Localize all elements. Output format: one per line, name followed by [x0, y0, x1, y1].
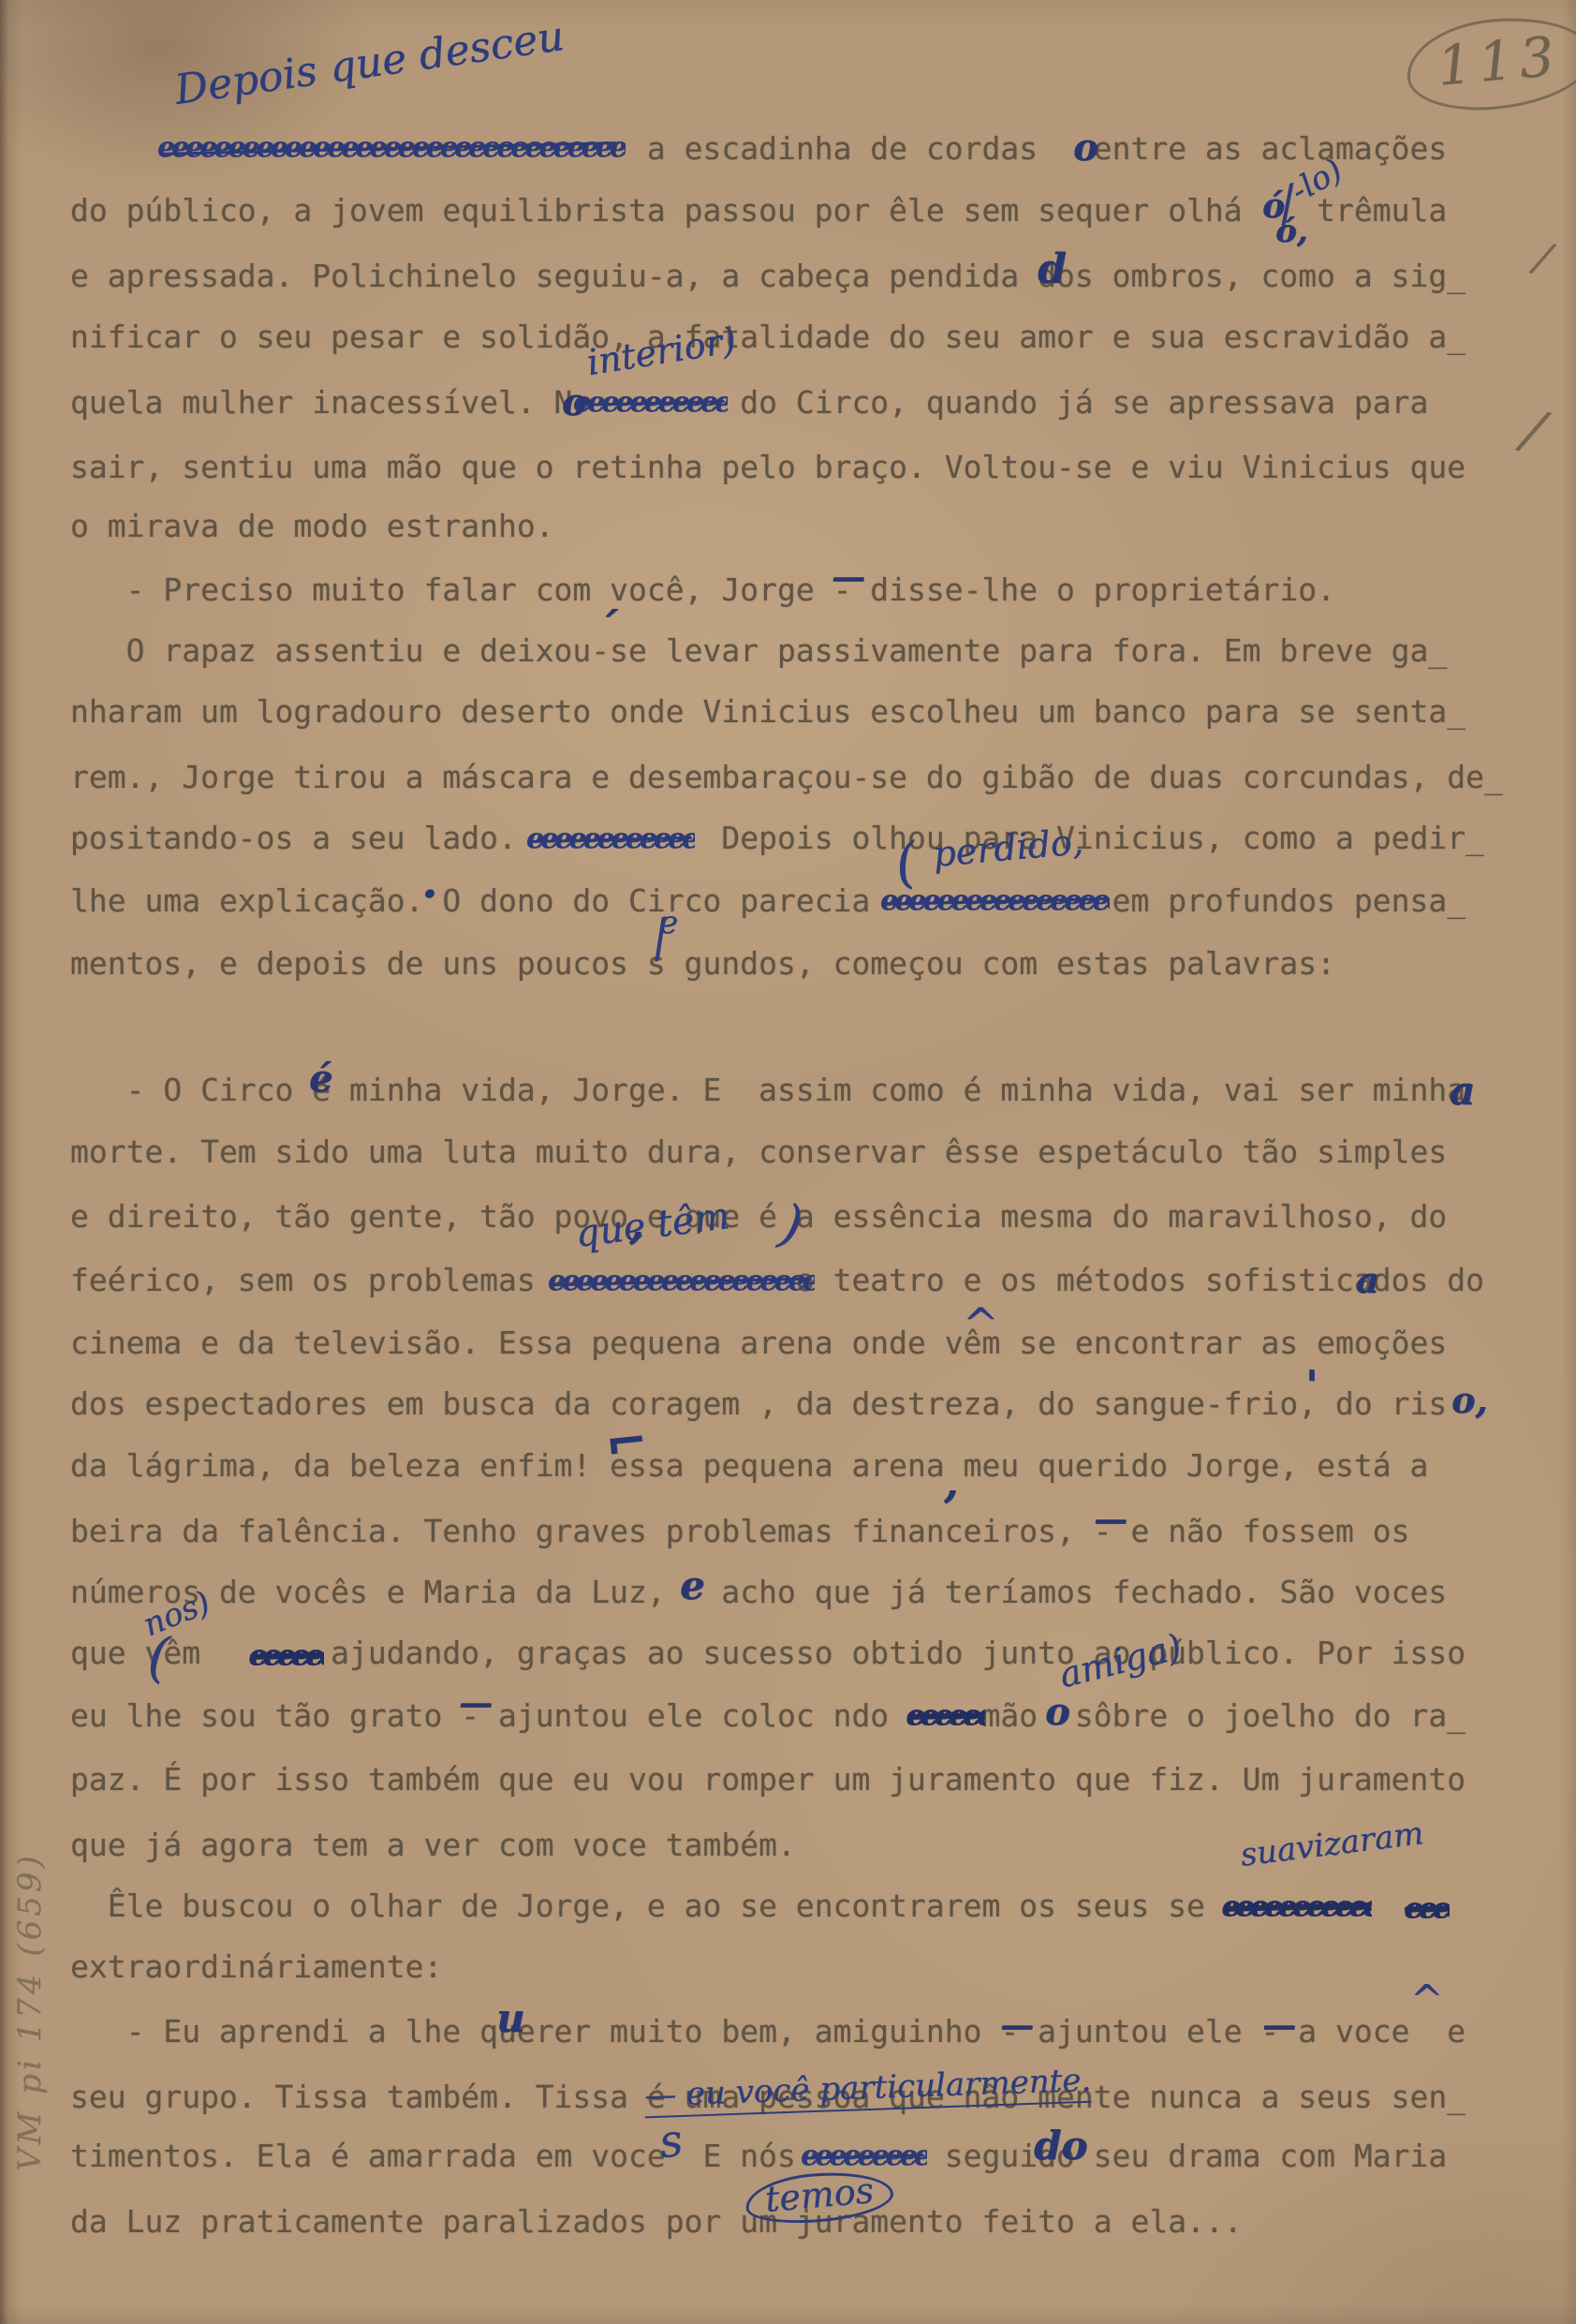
typed-line: lhe uma explicação. O dono do Circo pare… — [70, 883, 1466, 919]
ink-correction-mark: do — [1034, 2126, 1087, 2166]
ink-scribble-strikethrough: eeeeeeeeeeeee — [573, 386, 728, 423]
ink-correction-mark: o — [1073, 129, 1098, 167]
ink-scribble-strikethrough: eeeeeeeeeeeeeeeeeeeeee — [548, 1265, 815, 1302]
typed-line: da Luz praticamente paralizados por um j… — [70, 2204, 1243, 2240]
typed-line: quela mulher inacessível. N do Circo, qu… — [70, 385, 1428, 421]
ink-scribble-strikethrough: eeeeee — [249, 1639, 324, 1677]
typed-line: o mirava de modo estranho. — [70, 509, 554, 544]
typed-line: e apressada. Polichinelo seguiu-a, a cab… — [70, 259, 1466, 294]
ink-correction-mark: ' — [1305, 1366, 1318, 1407]
ink-correction-mark: e — [680, 1566, 705, 1606]
ink-correction-mark: d — [1038, 249, 1067, 290]
ink-correction-mark: , — [944, 1463, 958, 1504]
ink-correction-mark: — — [1094, 1502, 1127, 1536]
typed-line: rem., Jorge tirou a máscara e desembaraç… — [70, 760, 1503, 795]
handwritten-annotation: perdido, — [932, 823, 1084, 872]
ink-correction-mark: . — [421, 858, 437, 905]
handwritten-annotation: ^ — [1410, 1980, 1443, 2020]
typed-line: Êle buscou o olhar de Jorge, e ao se enc… — [70, 1888, 1205, 1924]
typed-line: nharam um logradouro deserto onde Vinici… — [70, 694, 1466, 730]
ink-scribble-strikethrough: eeeeeeeeeeeeee — [526, 822, 695, 860]
ink-correction-mark: o — [1045, 1694, 1070, 1731]
typed-line: cinema e da televisão. Essa pequena aren… — [70, 1325, 1447, 1361]
ink-scribble-strikethrough: eeeeee — [906, 1699, 985, 1737]
ink-correction-mark: o, — [1451, 1383, 1488, 1418]
typed-line: morte. Tem sido uma luta muito dura, con… — [70, 1134, 1447, 1170]
typed-line: beira da falência. Tenho graves problema… — [70, 1514, 1409, 1549]
ink-correction-mark: u — [496, 1999, 525, 2038]
typed-line: sair, sentiu uma mão que o retinha pelo … — [70, 450, 1466, 485]
typed-line: timentos. Ela é amarrada em voce E nós s… — [70, 2139, 1447, 2174]
ink-correction-mark: ´ — [596, 607, 617, 650]
typed-line: números de vocês e Maria da Luz, acho qu… — [70, 1575, 1447, 1610]
typed-line: positando-os a seu lado. Depois olhou pa… — [70, 821, 1484, 856]
manuscript-page: 113 VM pi 174 (659) a escadinha de corda… — [0, 0, 1576, 2324]
ink-correction-mark: a — [1450, 1072, 1475, 1111]
ink-correction-mark: a — [1356, 1263, 1379, 1298]
typed-line: que já agora tem a ver com voce também. — [70, 1828, 796, 1863]
handwritten-annotation: suavizaram — [1239, 1817, 1425, 1872]
typed-line: extraordináriamente: — [70, 1949, 442, 1985]
ink-correction-mark: é — [309, 1060, 332, 1098]
ink-correction-mark: ó, — [1275, 215, 1308, 247]
handwritten-annotation: Depois que desceu — [172, 16, 567, 111]
typed-line: - Preciso muito falar com você, Jorge - … — [70, 572, 1335, 608]
ink-scribble-strikethrough: eeeeeeeeeeee — [1222, 1890, 1372, 1928]
typed-line: da lágrima, da beleza enfim! essa pequen… — [70, 1448, 1428, 1484]
typed-line: do público, a jovem equilibrista passou … — [70, 193, 1447, 229]
pencil-mark: / — [1518, 401, 1549, 458]
ink-correction-mark: ⌐ — [602, 1414, 650, 1469]
handwritten-annotation: s — [656, 2118, 685, 2166]
page-number: 113 — [1403, 10, 1576, 116]
typed-line: O rapaz assentiu e deixou-se levar passi… — [70, 633, 1447, 669]
typed-line: mentos, e depois de uns poucos s gundos,… — [70, 946, 1335, 982]
typed-line: nificar o seu pesar e solidão, a fatalid… — [70, 319, 1466, 355]
handwritten-annotation: ( — [146, 1629, 171, 1684]
ink-scribble-strikethrough: eeee — [1405, 1892, 1450, 1930]
typed-line: eu lhe sou tão grato - ajuntou ele coloc… — [70, 1698, 1466, 1734]
ink-correction-mark: — — [1000, 2008, 1034, 2042]
margin-note-pencil: VM pi 174 (659) — [11, 1852, 49, 2171]
typed-line: - O Circo é minha vida, Jorge. E assim c… — [70, 1073, 1466, 1108]
ink-correction-mark: — — [459, 1686, 493, 1720]
handwritten-annotation: ^ — [963, 1302, 999, 1345]
ink-scribble-strikethrough: eeeeeeeeeeeeeeeeeeeeeeeeeeeeeeeeeeeeee — [157, 131, 626, 169]
typed-line: e direito, tão gente, tão povo e que é a… — [70, 1199, 1447, 1235]
ink-correction-mark: — — [832, 560, 865, 594]
typed-line: dos espectadores em busca da coragem , d… — [70, 1386, 1447, 1422]
pencil-mark: / — [1531, 237, 1554, 280]
typed-line: paz. É por isso também que eu vou romper… — [70, 1762, 1466, 1798]
typed-line: - Eu aprendi a lhe querer muito bem, ami… — [70, 2014, 1466, 2050]
ink-scribble-strikethrough: eeeeeeeeee — [801, 2139, 927, 2177]
ink-scribble-strikethrough: eeeeeeeeeeeeeeeeeee — [880, 884, 1110, 922]
ink-correction-mark: — — [1262, 2008, 1296, 2042]
